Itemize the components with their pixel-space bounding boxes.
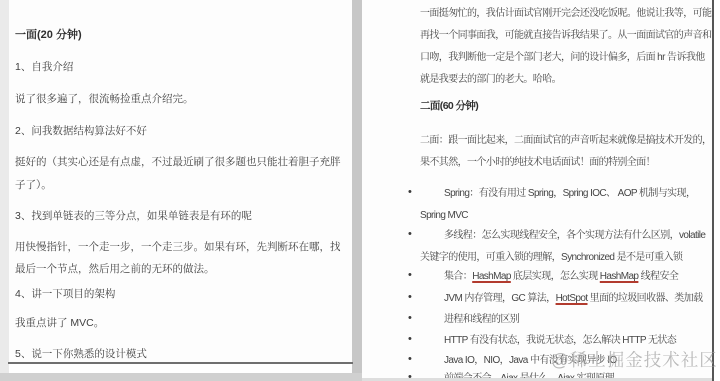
round1-q2: 2、问我数据结构算法好不好 <box>15 124 147 138</box>
jvm-text-segment: JVM 内存管理，GC 算法， <box>444 293 556 304</box>
round1-a4: 我重点讲了 MVC。 <box>15 316 104 330</box>
round1-heading: 一面(20 分钟) <box>15 28 82 42</box>
round1-summary-line1: 一面挺匆忙的，我估计面试官刚开完会还没吃饭呢。他说让我等，可能 <box>420 7 711 20</box>
bullet-spring-line1: Spring：有没有用过 Spring，Spring IOC、 AOP 机制与实… <box>444 187 695 200</box>
document-photo: 一面(20 分钟) 1、自我介绍 说了很多遍了，很流畅捡重点介绍完。 2、问我数… <box>0 0 720 381</box>
page-left-bottom-edge <box>8 362 353 364</box>
round1-summary-line2: 再找一个同事面我，可能就直接告诉我结果了。从一面面试官的声音和 <box>420 29 711 42</box>
round1-summary-line4: 就是我要去的部门的老大。哈哈。 <box>420 73 561 86</box>
bullet-jvm: JVM 内存管理，GC 算法，HotSpot 里面的垃圾回收器、类加载 <box>444 292 702 305</box>
round1-summary-line3: 口吻，我判断他一定是个部门老大，问的设计偏多，后面 hr 告诉我他 <box>420 51 705 64</box>
round1-q5: 5、说一下你熟悉的设计模式 <box>15 347 147 361</box>
round1-a1: 说了很多遍了，很流畅捡重点介绍完。 <box>15 92 194 106</box>
bullet-process: 进程和线程的区别 <box>444 313 519 326</box>
spellcheck-underlined-term: HashMap <box>600 271 639 282</box>
jvm-text-segment: 里面的垃圾回收器、类加载 <box>588 293 703 304</box>
bullet-http: HTTP 有没有状态，我说无状态，怎么解决 HTTP 无状态 <box>444 334 676 347</box>
page-right-border <box>712 0 714 381</box>
page-gap-divider <box>352 0 362 381</box>
round1-a2-line1: 挺好的（其实心还是有点虚，不过最近刷了很多题也只能壮着胆子充胖 <box>15 155 341 169</box>
document-page-left: 一面(20 分钟) 1、自我介绍 说了很多遍了，很流畅捡重点介绍完。 2、问我数… <box>9 0 352 362</box>
bullet-thread-line2: 关键字的使用，可重入锁的理解，Synchronized 是不是可重入锁 <box>420 251 682 264</box>
round1-q1: 1、自我介绍 <box>15 60 73 74</box>
bottom-gray-strip-left <box>0 373 362 381</box>
round2-heading: 二面(60 分钟) <box>420 100 478 113</box>
collection-text-segment: 线程安全 <box>638 271 678 282</box>
spellcheck-underlined-term: HotSpot <box>556 293 588 304</box>
round1-a3-line2: 最后一个节点，然后用之前的无环的做法。 <box>15 262 215 276</box>
round2-intro-line1: 二面：跟一面比起来，二面面试官的声音听起来就像是搞技术开发的， <box>420 134 711 147</box>
round1-a3-line1: 用快慢指针，一个走一步，一个走三步。如果有环，先判断环在哪，找 <box>15 240 341 254</box>
collection-text-segment: 底层实现，怎么实现 <box>511 271 600 282</box>
bullet-thread-line1: 多线程：怎么实现线程安全，各个实现方法有什么区别，volatile <box>444 229 705 242</box>
round1-a2-line2: 子了）。 <box>15 178 52 192</box>
round2-intro-line2: 果不其然，一个小时的纯技术电话面试！面的特别全面！ <box>420 156 655 169</box>
round1-q3: 3、找到单链表的三等分点，如果单链表是有环的呢 <box>15 209 252 223</box>
bullet-spring-line2: Spring MVC <box>420 209 468 222</box>
page-left-edge-shadow <box>0 0 9 381</box>
round1-q4: 4、讲一下项目的架构 <box>15 287 115 301</box>
collection-text-segment: 集合： <box>444 271 472 282</box>
spellcheck-underlined-term: HashMap <box>472 271 511 282</box>
bullet-collection: 集合：HashMap 底层实现，怎么实现 HashMap 线程安全 <box>444 270 678 283</box>
document-page-right: 一面挺匆忙的，我估计面试官刚开完会还没吃饭呢。他说让我等，可能 再找一个同事面我… <box>362 0 712 378</box>
juejin-watermark: @稀土掘金技术社区 <box>551 347 718 372</box>
